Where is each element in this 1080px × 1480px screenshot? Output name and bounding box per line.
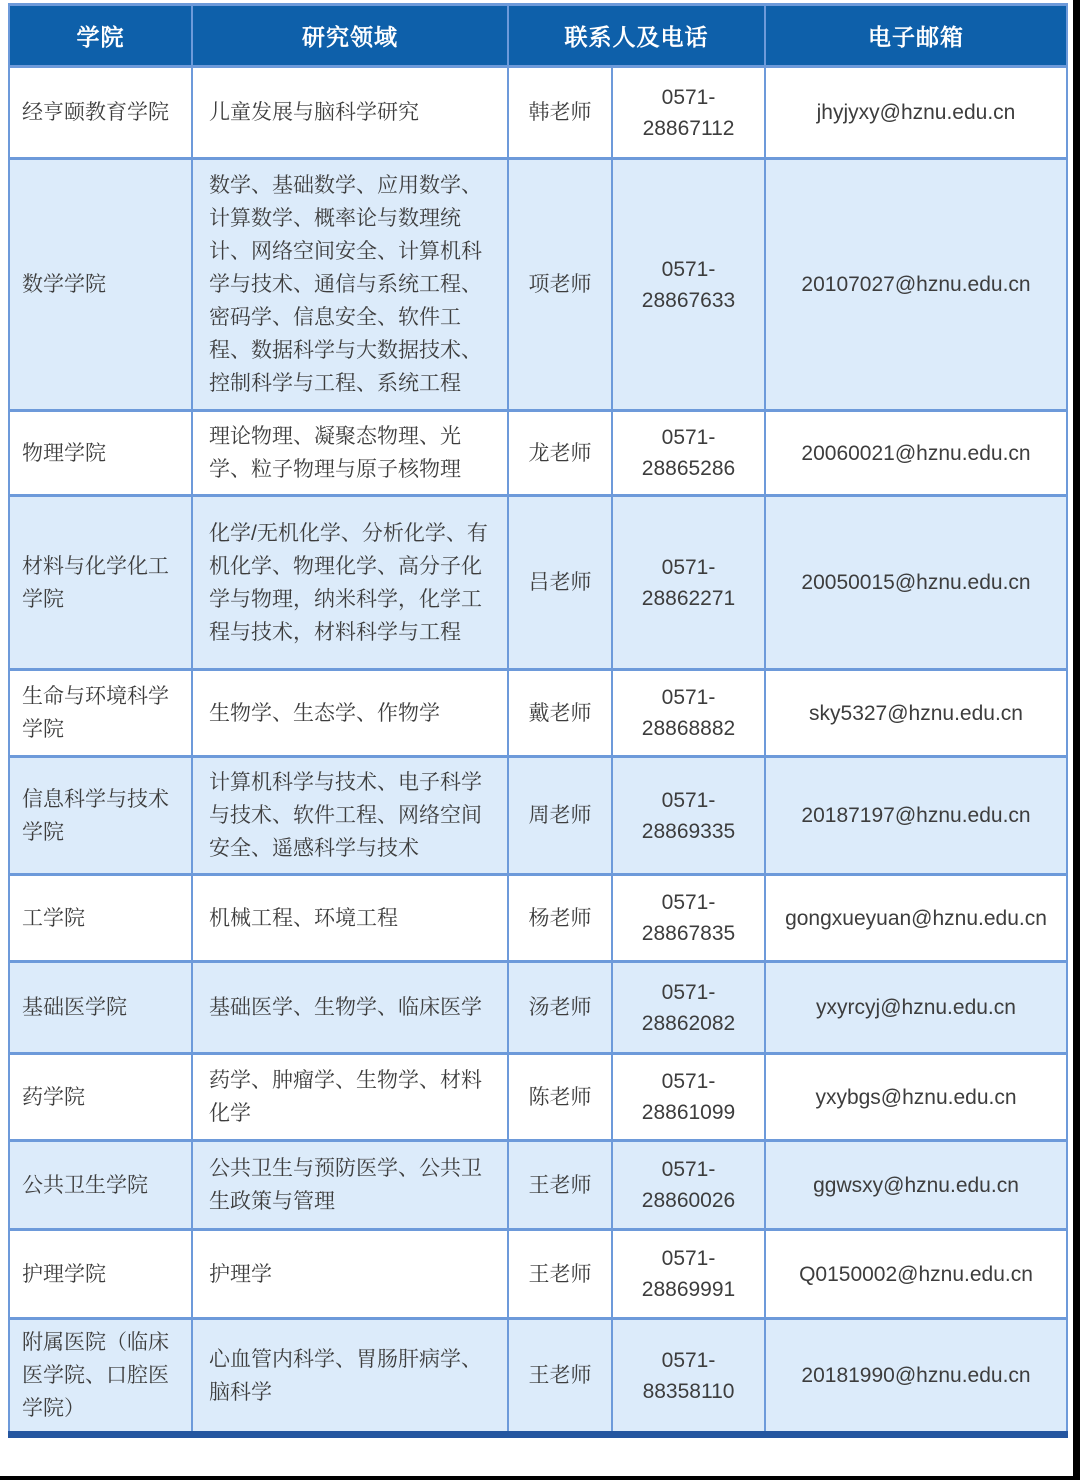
contact-name-cell: 戴老师 — [508, 670, 612, 757]
research-fields-cell: 数学、基础数学、应用数学、计算数学、概率论与数理统计、网络空间安全、计算机科学与… — [192, 159, 508, 411]
email-cell: 20181990@hznu.edu.cn — [765, 1319, 1067, 1435]
contact-name-cell: 陈老师 — [508, 1054, 612, 1141]
contact-name-cell: 王老师 — [508, 1230, 612, 1319]
phone-cell: 0571-28862271 — [612, 496, 765, 670]
email-cell: 20050015@hznu.edu.cn — [765, 496, 1067, 670]
phone-prefix: 0571- — [662, 258, 716, 281]
email-cell: 20187197@hznu.edu.cn — [765, 757, 1067, 875]
email-cell: 20060021@hznu.edu.cn — [765, 411, 1067, 496]
email-cell: Q0150002@hznu.edu.cn — [765, 1230, 1067, 1319]
phone-prefix: 0571- — [662, 981, 716, 1004]
contact-name-cell: 王老师 — [508, 1141, 612, 1230]
college-cell: 附属医院（临床医学院、口腔医学院） — [9, 1319, 192, 1435]
contact-name-cell: 周老师 — [508, 757, 612, 875]
phone-number: 28868882 — [642, 717, 735, 740]
table-row: 物理学院 理论物理、凝聚态物理、光学、粒子物理与原子核物理 龙老师 0571-2… — [9, 411, 1067, 496]
phone-prefix: 0571- — [662, 1158, 716, 1181]
phone-cell: 0571-28860026 — [612, 1141, 765, 1230]
phone-prefix: 0571- — [662, 686, 716, 709]
phone-prefix: 0571- — [662, 86, 716, 109]
table-row: 工学院 机械工程、环境工程 杨老师 0571-28867835 gongxuey… — [9, 875, 1067, 962]
college-cell: 护理学院 — [9, 1230, 192, 1319]
table-row: 基础医学院 基础医学、生物学、临床医学 汤老师 0571-28862082 yx… — [9, 962, 1067, 1054]
email-cell: yxyrcyj@hznu.edu.cn — [765, 962, 1067, 1054]
header-cell-fields: 研究领域 — [192, 5, 508, 67]
table-row: 附属医院（临床医学院、口腔医学院） 心血管内科学、胃肠肝病学、脑科学 王老师 0… — [9, 1319, 1067, 1435]
phone-number: 28862082 — [642, 1012, 735, 1035]
research-fields-cell: 心血管内科学、胃肠肝病学、脑科学 — [192, 1319, 508, 1435]
table-body: 经亨颐教育学院 儿童发展与脑科学研究 韩老师 0571-28867112 jhy… — [9, 67, 1067, 1435]
phone-cell: 0571-28869335 — [612, 757, 765, 875]
email-cell: ggwsxy@hznu.edu.cn — [765, 1141, 1067, 1230]
email-cell: sky5327@hznu.edu.cn — [765, 670, 1067, 757]
phone-number: 28865286 — [642, 457, 735, 480]
table-header: 学院 研究领域 联系人及电话 电子邮箱 — [9, 5, 1067, 67]
page: 学院 研究领域 联系人及电话 电子邮箱 经亨颐教育学院 儿童发展与脑科学研究 韩… — [0, 0, 1073, 1476]
phone-cell: 0571-28867835 — [612, 875, 765, 962]
college-cell: 材料与化学化工学院 — [9, 496, 192, 670]
research-fields-cell: 药学、肿瘤学、生物学、材料化学 — [192, 1054, 508, 1141]
phone-cell: 0571-28867633 — [612, 159, 765, 411]
research-fields-cell: 公共卫生与预防医学、公共卫生政策与管理 — [192, 1141, 508, 1230]
college-cell: 公共卫生学院 — [9, 1141, 192, 1230]
college-cell: 生命与环境科学学院 — [9, 670, 192, 757]
phone-cell: 0571-28861099 — [612, 1054, 765, 1141]
phone-prefix: 0571- — [662, 891, 716, 914]
college-cell: 药学院 — [9, 1054, 192, 1141]
phone-number: 28861099 — [642, 1101, 735, 1124]
contacts-table: 学院 研究领域 联系人及电话 电子邮箱 经亨颐教育学院 儿童发展与脑科学研究 韩… — [8, 3, 1068, 1438]
research-fields-cell: 机械工程、环境工程 — [192, 875, 508, 962]
phone-prefix: 0571- — [662, 426, 716, 449]
phone-prefix: 0571- — [662, 556, 716, 579]
table-row: 公共卫生学院 公共卫生与预防医学、公共卫生政策与管理 王老师 0571-2886… — [9, 1141, 1067, 1230]
college-cell: 物理学院 — [9, 411, 192, 496]
research-fields-cell: 护理学 — [192, 1230, 508, 1319]
research-fields-cell: 基础医学、生物学、临床医学 — [192, 962, 508, 1054]
phone-cell: 0571-28867112 — [612, 67, 765, 159]
phone-cell: 0571-28865286 — [612, 411, 765, 496]
table-row: 材料与化学化工学院 化学/无机化学、分析化学、有机化学、物理化学、高分子化学与物… — [9, 496, 1067, 670]
table-row: 药学院 药学、肿瘤学、生物学、材料化学 陈老师 0571-28861099 yx… — [9, 1054, 1067, 1141]
phone-prefix: 0571- — [662, 1070, 716, 1093]
table-row: 护理学院 护理学 王老师 0571-28869991 Q0150002@hznu… — [9, 1230, 1067, 1319]
phone-number: 28860026 — [642, 1189, 735, 1212]
phone-number: 28869991 — [642, 1278, 735, 1301]
research-fields-cell: 理论物理、凝聚态物理、光学、粒子物理与原子核物理 — [192, 411, 508, 496]
header-row: 学院 研究领域 联系人及电话 电子邮箱 — [9, 5, 1067, 67]
phone-number: 28862271 — [642, 587, 735, 610]
college-cell: 数学学院 — [9, 159, 192, 411]
phone-number: 28867835 — [642, 922, 735, 945]
contact-name-cell: 韩老师 — [508, 67, 612, 159]
research-fields-cell: 儿童发展与脑科学研究 — [192, 67, 508, 159]
contact-name-cell: 汤老师 — [508, 962, 612, 1054]
research-fields-cell: 生物学、生态学、作物学 — [192, 670, 508, 757]
college-cell: 经亨颐教育学院 — [9, 67, 192, 159]
college-cell: 信息科学与技术学院 — [9, 757, 192, 875]
phone-cell: 0571-28862082 — [612, 962, 765, 1054]
table-row: 生命与环境科学学院 生物学、生态学、作物学 戴老师 0571-28868882 … — [9, 670, 1067, 757]
contact-name-cell: 龙老师 — [508, 411, 612, 496]
college-cell: 基础医学院 — [9, 962, 192, 1054]
research-fields-cell: 化学/无机化学、分析化学、有机化学、物理化学、高分子化学与物理，纳米科学，化学工… — [192, 496, 508, 670]
phone-cell: 0571-28868882 — [612, 670, 765, 757]
header-cell-college: 学院 — [9, 5, 192, 67]
table-row: 信息科学与技术学院 计算机科学与技术、电子科学与技术、软件工程、网络空间安全、遥… — [9, 757, 1067, 875]
email-cell: 20107027@hznu.edu.cn — [765, 159, 1067, 411]
email-cell: jhyjyxy@hznu.edu.cn — [765, 67, 1067, 159]
contact-name-cell: 项老师 — [508, 159, 612, 411]
phone-number: 28867112 — [643, 117, 735, 140]
college-cell: 工学院 — [9, 875, 192, 962]
phone-number: 28867633 — [642, 289, 735, 312]
header-cell-email: 电子邮箱 — [765, 5, 1067, 67]
header-cell-contact-phone: 联系人及电话 — [508, 5, 765, 67]
phone-cell: 0571-88358110 — [612, 1319, 765, 1435]
email-cell: yxybgs@hznu.edu.cn — [765, 1054, 1067, 1141]
phone-cell: 0571-28869991 — [612, 1230, 765, 1319]
email-cell: gongxueyuan@hznu.edu.cn — [765, 875, 1067, 962]
phone-prefix: 0571- — [662, 789, 716, 812]
phone-prefix: 0571- — [662, 1247, 716, 1270]
contact-name-cell: 吕老师 — [508, 496, 612, 670]
phone-prefix: 0571- — [662, 1349, 716, 1372]
table-row: 经亨颐教育学院 儿童发展与脑科学研究 韩老师 0571-28867112 jhy… — [9, 67, 1067, 159]
phone-number: 28869335 — [642, 820, 735, 843]
contact-name-cell: 杨老师 — [508, 875, 612, 962]
phone-number: 88358110 — [643, 1380, 735, 1403]
contact-name-cell: 王老师 — [508, 1319, 612, 1435]
table-row: 数学学院 数学、基础数学、应用数学、计算数学、概率论与数理统计、网络空间安全、计… — [9, 159, 1067, 411]
research-fields-cell: 计算机科学与技术、电子科学与技术、软件工程、网络空间安全、遥感科学与技术 — [192, 757, 508, 875]
